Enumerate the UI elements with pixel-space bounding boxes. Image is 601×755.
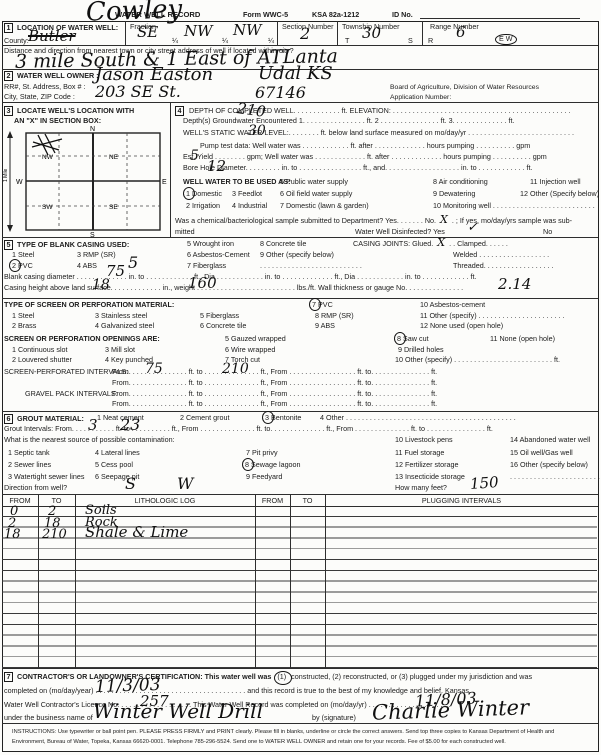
direction-handwriting: S W	[125, 476, 212, 492]
litho-row-to: 210	[42, 528, 67, 541]
use-option-2: 2 Irrigation	[186, 202, 220, 210]
screen-option-4: 4 Galvanized steel	[95, 322, 154, 330]
casing-weight-handwriting: 160	[188, 276, 217, 291]
spi-line-2: From. . . . . . . . . . . . . . . ft. to…	[112, 379, 437, 387]
s4-pump-test-line: Pump test data: Well water was . . . . .…	[200, 142, 530, 150]
contam-option-5: 5 Cess pool	[95, 461, 133, 469]
contam-option-9: 9 Feedyard	[246, 473, 282, 481]
s6-title-label: GROUT MATERIAL:	[17, 414, 84, 423]
township-t: T	[345, 37, 349, 45]
opening-option-10: 10 Other (specify) . . . . . . . . . . .…	[395, 356, 560, 364]
contam-option-8: 8 Sewage lagoon	[245, 461, 301, 469]
grout-option-4: 4 Other . . . . . . . . . . . . . . . . …	[320, 414, 516, 422]
opening-option-8-label: Saw cut	[403, 334, 429, 343]
id-label: ID No.	[392, 11, 413, 19]
s4-depth-line: 4 DEPTH OF COMPLETED WELL. . . . . . . .…	[175, 106, 571, 116]
est-yield-handwriting: 5	[190, 149, 199, 163]
screen-option-9: 9 ABS	[315, 322, 335, 330]
spi-from-handwriting: 75	[145, 362, 163, 376]
use-option-11: 11 Injection well	[530, 178, 581, 186]
casing-option-2: 2 PVC	[12, 262, 33, 270]
ne-label: NE	[109, 154, 119, 161]
fraction1-handwriting: SE	[137, 25, 158, 40]
screen-option-12: 12 None used (open hole)	[420, 322, 503, 330]
water-well-record-form: Cowley WATER WELL RECORD Form WWC-5 KSA …	[0, 0, 601, 755]
range-handwriting: 6	[456, 25, 466, 40]
disinfected-no-label: No	[543, 228, 552, 236]
gravel-pack-intervals-label: GRAVEL PACK INTERVALS:	[25, 390, 118, 398]
divider	[2, 102, 598, 103]
grout-to-handwriting: 23	[120, 417, 140, 433]
constructed-circled-number: (1)	[277, 673, 286, 681]
glued-handwriting: X	[435, 236, 447, 249]
instructions-line-1: INSTRUCTIONS: Use typewriter or ball poi…	[12, 729, 554, 736]
contamination-label: What is the nearest source of possible c…	[4, 436, 175, 444]
screen-option-5: 5 Fiberglass	[200, 312, 239, 320]
s4-groundwater-line: Depth(s) Groundwater Encountered 1. . . …	[183, 117, 515, 125]
grout-from-handwriting: 3	[88, 418, 98, 433]
casing-option-3: 3 RMP (SR)	[77, 251, 116, 259]
section-number-handwriting: 2	[300, 26, 310, 42]
screen-option-3: 3 Stainless steel	[95, 312, 147, 320]
business-name-label: under the business name of	[4, 714, 93, 722]
bore-diameter-handwriting: 12	[207, 159, 226, 174]
contam-option-2: 2 Sewer lines	[8, 461, 51, 469]
quarter-mark: ¼	[268, 37, 274, 45]
use-option-10: 10 Monitoring well . . . . . . . . . . .…	[433, 202, 595, 210]
well-location-x-mark	[32, 134, 62, 155]
application-number-label: Application Number:	[390, 94, 451, 102]
litho-row-from: 18	[4, 528, 21, 541]
divider	[38, 494, 39, 668]
s7-cert-line1: 7 CONTRACTOR'S OR LANDOWNER'S CERTIFICAT…	[4, 672, 532, 682]
use-option-6: 6 Oil field water supply	[280, 190, 352, 198]
screen-perforated-intervals-label: SCREEN-PERFORATED INTERVALS:	[4, 368, 128, 376]
casing-diameter-handwriting: 5	[128, 255, 138, 271]
use-option-12: 12 Other (Specify below)	[520, 190, 599, 198]
use-option-1: 1 Domestic	[186, 190, 222, 198]
s3-title-line1: LOCATE WELL'S LOCATION WITH	[17, 106, 134, 115]
use-option-5: 5 Public water supply	[280, 178, 348, 186]
casing-option-9: 9 Other (specify below)	[260, 251, 334, 259]
direction-from-well-label: Direction from well?	[4, 484, 67, 492]
opening-option-6: 6 Wire wrapped	[225, 346, 275, 354]
casing-joints-glued-label: CASING JOINTS: Glued.	[353, 239, 433, 248]
disinfected-yes-handwriting: ✓	[467, 221, 478, 234]
contam-option-4: 4 Lateral lines	[95, 449, 140, 457]
s4-number: 4	[175, 106, 184, 116]
casing-option-8: 8 Concrete tile	[260, 240, 306, 248]
address-handwriting: 203 SE St.	[95, 84, 181, 100]
screen-material-title: TYPE OF SCREEN OR PERFORATION MATERIAL:	[4, 301, 174, 309]
how-many-feet-label: How many feet?	[395, 484, 447, 492]
s2-number: 2	[4, 71, 13, 81]
casing-height-line: Casing height above land surface. . . . …	[4, 284, 463, 292]
casing-joints-line: CASING JOINTS: Glued. X . . Clamped. . .…	[353, 240, 508, 248]
use-label: WELL WATER TO BE USED AS:	[183, 178, 291, 186]
signature-label: by (signature)	[312, 714, 356, 722]
ksa-number: KSA 82a-1212	[312, 11, 359, 19]
contam-option-3: 3 Watertight sewer lines	[8, 473, 84, 481]
s4-bore-hole-line: Bore Hole Diameter. . . . . . . . . in. …	[183, 164, 533, 172]
divider	[325, 494, 326, 668]
contam-option-7: 7 Pit privy	[246, 449, 278, 457]
screen-option-10: 10 Asbestos-cement	[420, 301, 485, 309]
county-label: County:	[4, 37, 29, 45]
feet-handwriting: 150	[470, 475, 500, 492]
s-label: S	[90, 232, 95, 237]
township-handwriting: 30	[362, 26, 381, 41]
gpi-line-2: From. . . . . . . . . . . . . . . ft. to…	[112, 400, 437, 408]
screen-option-1: 1 Steel	[12, 312, 34, 320]
business-name-handwriting: Winter Well Drill	[93, 701, 263, 721]
contam-option-11: 11 Fuel storage	[395, 449, 444, 457]
e-label: E	[162, 179, 167, 186]
board-of-agriculture-label: Board of Agriculture, Division of Water …	[390, 84, 539, 92]
opening-option-9: 9 Drilled holes	[398, 346, 444, 354]
divider	[2, 494, 598, 495]
static-level-handwriting: 30	[248, 124, 266, 138]
divider	[290, 494, 291, 668]
divider	[2, 411, 598, 412]
welded-label: Welded . . . . . . . . . . . . . . . . .…	[453, 251, 549, 259]
contam-option-12: 12 Fertilizer storage	[395, 461, 459, 469]
range-label: Range Number	[430, 23, 479, 31]
s4-est-yield-line: Est. Yield . . . . . . . . gpm; Well wat…	[183, 153, 547, 161]
wall-thickness-handwriting: 2.14	[498, 277, 531, 292]
divider	[2, 298, 598, 299]
casing-joints-clamped-label: . . Clamped. . . . . .	[449, 239, 508, 248]
owner-city-handwriting: Udal KS	[258, 65, 333, 83]
range-ew: E W	[495, 34, 517, 45]
county-top-handwriting: Cowley	[86, 0, 183, 26]
divider	[422, 21, 423, 45]
s7-completed-line: completed on (mo/day/year) . . . . . . .…	[4, 687, 469, 695]
contam-other-dots: . . . . . . . . . . . . . . . . . . . . …	[510, 473, 601, 481]
mitted-label: mitted	[175, 228, 195, 236]
screen-option-11: 11 Other (specify) . . . . . . . . . . .…	[420, 312, 564, 320]
s1-number: 1	[4, 23, 13, 33]
casing-option-6: 6 Asbestos-Cement	[187, 251, 250, 259]
divider	[75, 494, 76, 668]
opening-option-8-circled-number: 8	[397, 335, 401, 343]
range-r: R	[428, 37, 433, 45]
opening-option-2: 2 Louvered shutter	[12, 356, 72, 364]
sw-label: SW	[42, 204, 53, 211]
screen-option-8: 8 RMP (SR)	[315, 312, 354, 320]
opening-option-8: 8 Saw cut	[397, 335, 429, 343]
form-number: Form WWC-5	[243, 11, 288, 19]
divider	[2, 723, 598, 724]
screen-option-6: 6 Concrete tile	[200, 322, 246, 330]
address-label: RR#, St. Address, Box # :	[4, 83, 86, 91]
instructions-line-2: Environment, Bureau of Water, Topeka, Ka…	[12, 739, 506, 746]
use-option-7: 7 Domestic (lawn & garden)	[280, 202, 369, 210]
id-blank-line	[420, 18, 580, 19]
divider	[2, 237, 598, 238]
grout-option-3-label: Bentonite	[271, 413, 301, 422]
screen-option-7: 7 PVC	[312, 301, 333, 309]
use-option-1-label: Domestic	[192, 189, 222, 198]
s3-title: 3 LOCATE WELL'S LOCATION WITH	[4, 106, 134, 116]
contam-option-10: 10 Livestock pens	[395, 436, 453, 444]
fraction2-handwriting: NW	[184, 24, 213, 39]
gpi-line-1: From. . . . . . . . . . . . . . . ft. to…	[112, 390, 437, 398]
n-label: N	[90, 126, 95, 133]
contam-option-15: 15 Oil well/Gas well	[510, 449, 573, 457]
threaded-label: Threaded. . . . . . . . . . . . . . . . …	[453, 262, 554, 270]
screen-option-7-circled-number: 7	[312, 301, 316, 309]
depth-handwriting: 210	[236, 101, 266, 120]
one-mile-label: 1 Mile	[3, 168, 9, 182]
grout-intervals-line: Grout Intervals: From. . . . . . . . . .…	[4, 425, 493, 433]
section-box-diagram: N S W E NW NE SW SE 1 Mile	[0, 125, 170, 237]
se-label: SE	[109, 204, 118, 211]
plug-header-from: FROM	[255, 497, 290, 505]
fraction3-handwriting: NW	[233, 23, 262, 38]
s3-number: 3	[4, 106, 13, 116]
use-option-1-circled-number: 1	[186, 190, 190, 198]
casing-option-7: 7 Fiberglass	[187, 262, 226, 270]
s7-number: 7	[4, 672, 13, 682]
quarter-mark: ¼	[222, 37, 228, 45]
litho-header-from: FROM	[2, 497, 38, 505]
signature-handwriting: Charlie Winter	[372, 697, 530, 723]
contam-option-8-circled-number: 8	[245, 461, 249, 469]
contam-option-1: 1 Septic tank	[8, 449, 50, 457]
divider	[2, 668, 598, 669]
plug-header-intervals: PLUGGING INTERVALS	[325, 497, 598, 505]
grout-option-3: 3 Bentonite	[265, 414, 301, 422]
casing-option-2-circled-number: 2	[12, 262, 16, 270]
divider	[277, 21, 278, 45]
casing-option-5: 5 Wrought iron	[187, 240, 234, 248]
zip-handwriting: 67146	[255, 85, 306, 101]
use-option-8: 8 Air conditioning	[433, 178, 488, 186]
sample-submitted-line: Was a chemical/bacteriological sample su…	[175, 217, 572, 225]
casing-other-dots: . . . . . . . . . . . . . . . . . . . . …	[260, 262, 362, 270]
opening-option-5: 5 Gauzed wrapped	[225, 335, 286, 343]
opening-option-11: 11 None (open hole)	[490, 335, 555, 343]
contam-option-8-label: Sewage lagoon	[251, 460, 301, 469]
s5-number: 5	[4, 240, 13, 250]
contam-option-13: 13 Insecticide storage	[395, 473, 465, 481]
s7-cert-text-b: constructed, (2) reconstructed, or (3) p…	[291, 672, 532, 681]
blank-casing-diameter-line: Blank casing diameter . . . . . . . . . …	[4, 273, 477, 281]
litho-row-log: Shale & Lime	[85, 525, 188, 540]
s6-title: 6 GROUT MATERIAL:	[4, 414, 84, 424]
divider	[255, 494, 256, 668]
city-state-zip-label: City, State, ZIP Code :	[4, 93, 75, 101]
township-s: S	[408, 37, 413, 45]
casing-height-handwriting: 18	[92, 278, 110, 292]
divider	[170, 102, 171, 237]
quarter-mark: ¼	[172, 37, 178, 45]
litho-header-to: TO	[38, 497, 75, 505]
sample-submitted-text: Was a chemical/bacteriological sample su…	[175, 216, 436, 225]
openings-title: SCREEN OR PERFORATION OPENINGS ARE:	[4, 335, 160, 343]
county-handwriting: Butler	[28, 29, 76, 44]
screen-option-2: 2 Brass	[12, 322, 36, 330]
disinfected-label: Water Well Disinfected? Yes	[355, 228, 445, 236]
plug-header-to: TO	[290, 497, 325, 505]
s6-number: 6	[4, 414, 13, 424]
contam-option-14: 14 Abandoned water well	[510, 436, 590, 444]
opening-option-3: 3 Mill slot	[105, 346, 135, 354]
s5-title: 5 TYPE OF BLANK CASING USED:	[4, 240, 129, 250]
opening-option-1: 1 Continuous slot	[12, 346, 68, 354]
grout-option-3-circled-number: 3	[265, 414, 269, 422]
sample-no-handwriting: X	[438, 213, 450, 226]
s5-title-label: TYPE OF BLANK CASING USED:	[17, 240, 129, 249]
grout-option-2: 2 Cement grout	[180, 414, 230, 422]
casing-option-4: 4 ABS	[77, 262, 97, 270]
range-ew-circled: E W	[495, 34, 517, 45]
s4-static-level-line: WELL'S STATIC WATER LEVEL:. . . . . . . …	[183, 129, 574, 137]
w-label: W	[16, 179, 23, 186]
spi-to-handwriting: 210	[222, 362, 249, 376]
use-option-4: 4 Industrial	[232, 202, 267, 210]
contam-option-16: 16 Other (specify below)	[510, 461, 588, 469]
use-option-3: 3 Feedlot	[232, 190, 262, 198]
use-option-9: 9 Dewatering	[433, 190, 475, 198]
divider	[337, 21, 338, 45]
